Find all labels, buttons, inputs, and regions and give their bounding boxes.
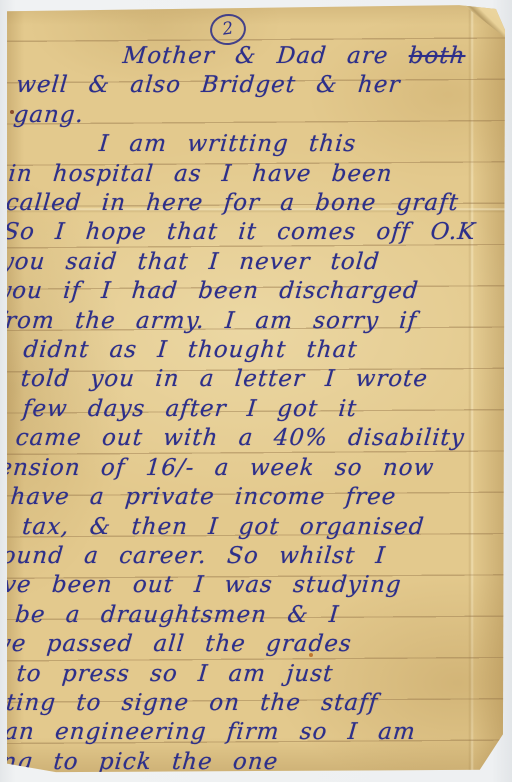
handwritten-line: So I hope that it comes off O.K	[2, 218, 491, 247]
handwritten-line: called in here for a bone graft	[5, 189, 494, 218]
handwritten-line: waiting to signe on the staff	[0, 689, 449, 718]
letter-body: Mother & Dad are both well & also Bridge…	[0, 42, 506, 777]
handwritten-line: I have a private income free	[0, 483, 467, 512]
handwritten-line: trying to pick the one	[0, 748, 444, 777]
handwritten-line: from the army. I am sorry if	[0, 307, 483, 336]
handwritten-line: I am writting this	[10, 130, 499, 159]
handwritten-line: of tax, & then I got organised	[0, 513, 465, 542]
handwritten-line: a few days after I got it	[0, 395, 475, 424]
letter-paper: 2 Mother & Dad are both well & also Brid…	[4, 2, 508, 776]
handwritten-line: around a career. So whilst I	[0, 542, 462, 571]
overwritten-word: both	[408, 43, 467, 69]
scanned-letter-page: 2 Mother & Dad are both well & also Brid…	[0, 0, 512, 782]
handwritten-line: you if I had been discharged	[0, 277, 485, 306]
handwritten-line: I told you in a letter I wrote	[0, 365, 478, 394]
handwritten-line: well & also Bridget & her	[15, 71, 504, 100]
handwritten-line: pension of 16/- a week so now	[0, 454, 470, 483]
handwritten-line: to be a draughtsmen & I	[0, 601, 457, 630]
handwritten-line: you said that I never told	[0, 248, 488, 277]
handwritten-line: gang.	[12, 101, 501, 130]
handwritten-line: of an engineering firm so I am	[0, 718, 447, 747]
paper-speck	[11, 4, 17, 9]
handwritten-line: I came out with a 40% disability	[0, 424, 473, 453]
handwritten-line: Mother & Dad are both	[17, 42, 506, 71]
handwritten-line: in hospital as I have been	[7, 160, 496, 189]
page-number-text: 2	[221, 20, 234, 38]
handwritten-line: have passed all the grades	[0, 630, 455, 659]
handwritten-line: have been out I was studying	[0, 571, 460, 600]
handwritten-line: up to press so I am just	[0, 660, 452, 689]
line-text: Mother & Dad are	[122, 43, 390, 69]
handwritten-line: I didnt as I thought that	[0, 336, 480, 365]
